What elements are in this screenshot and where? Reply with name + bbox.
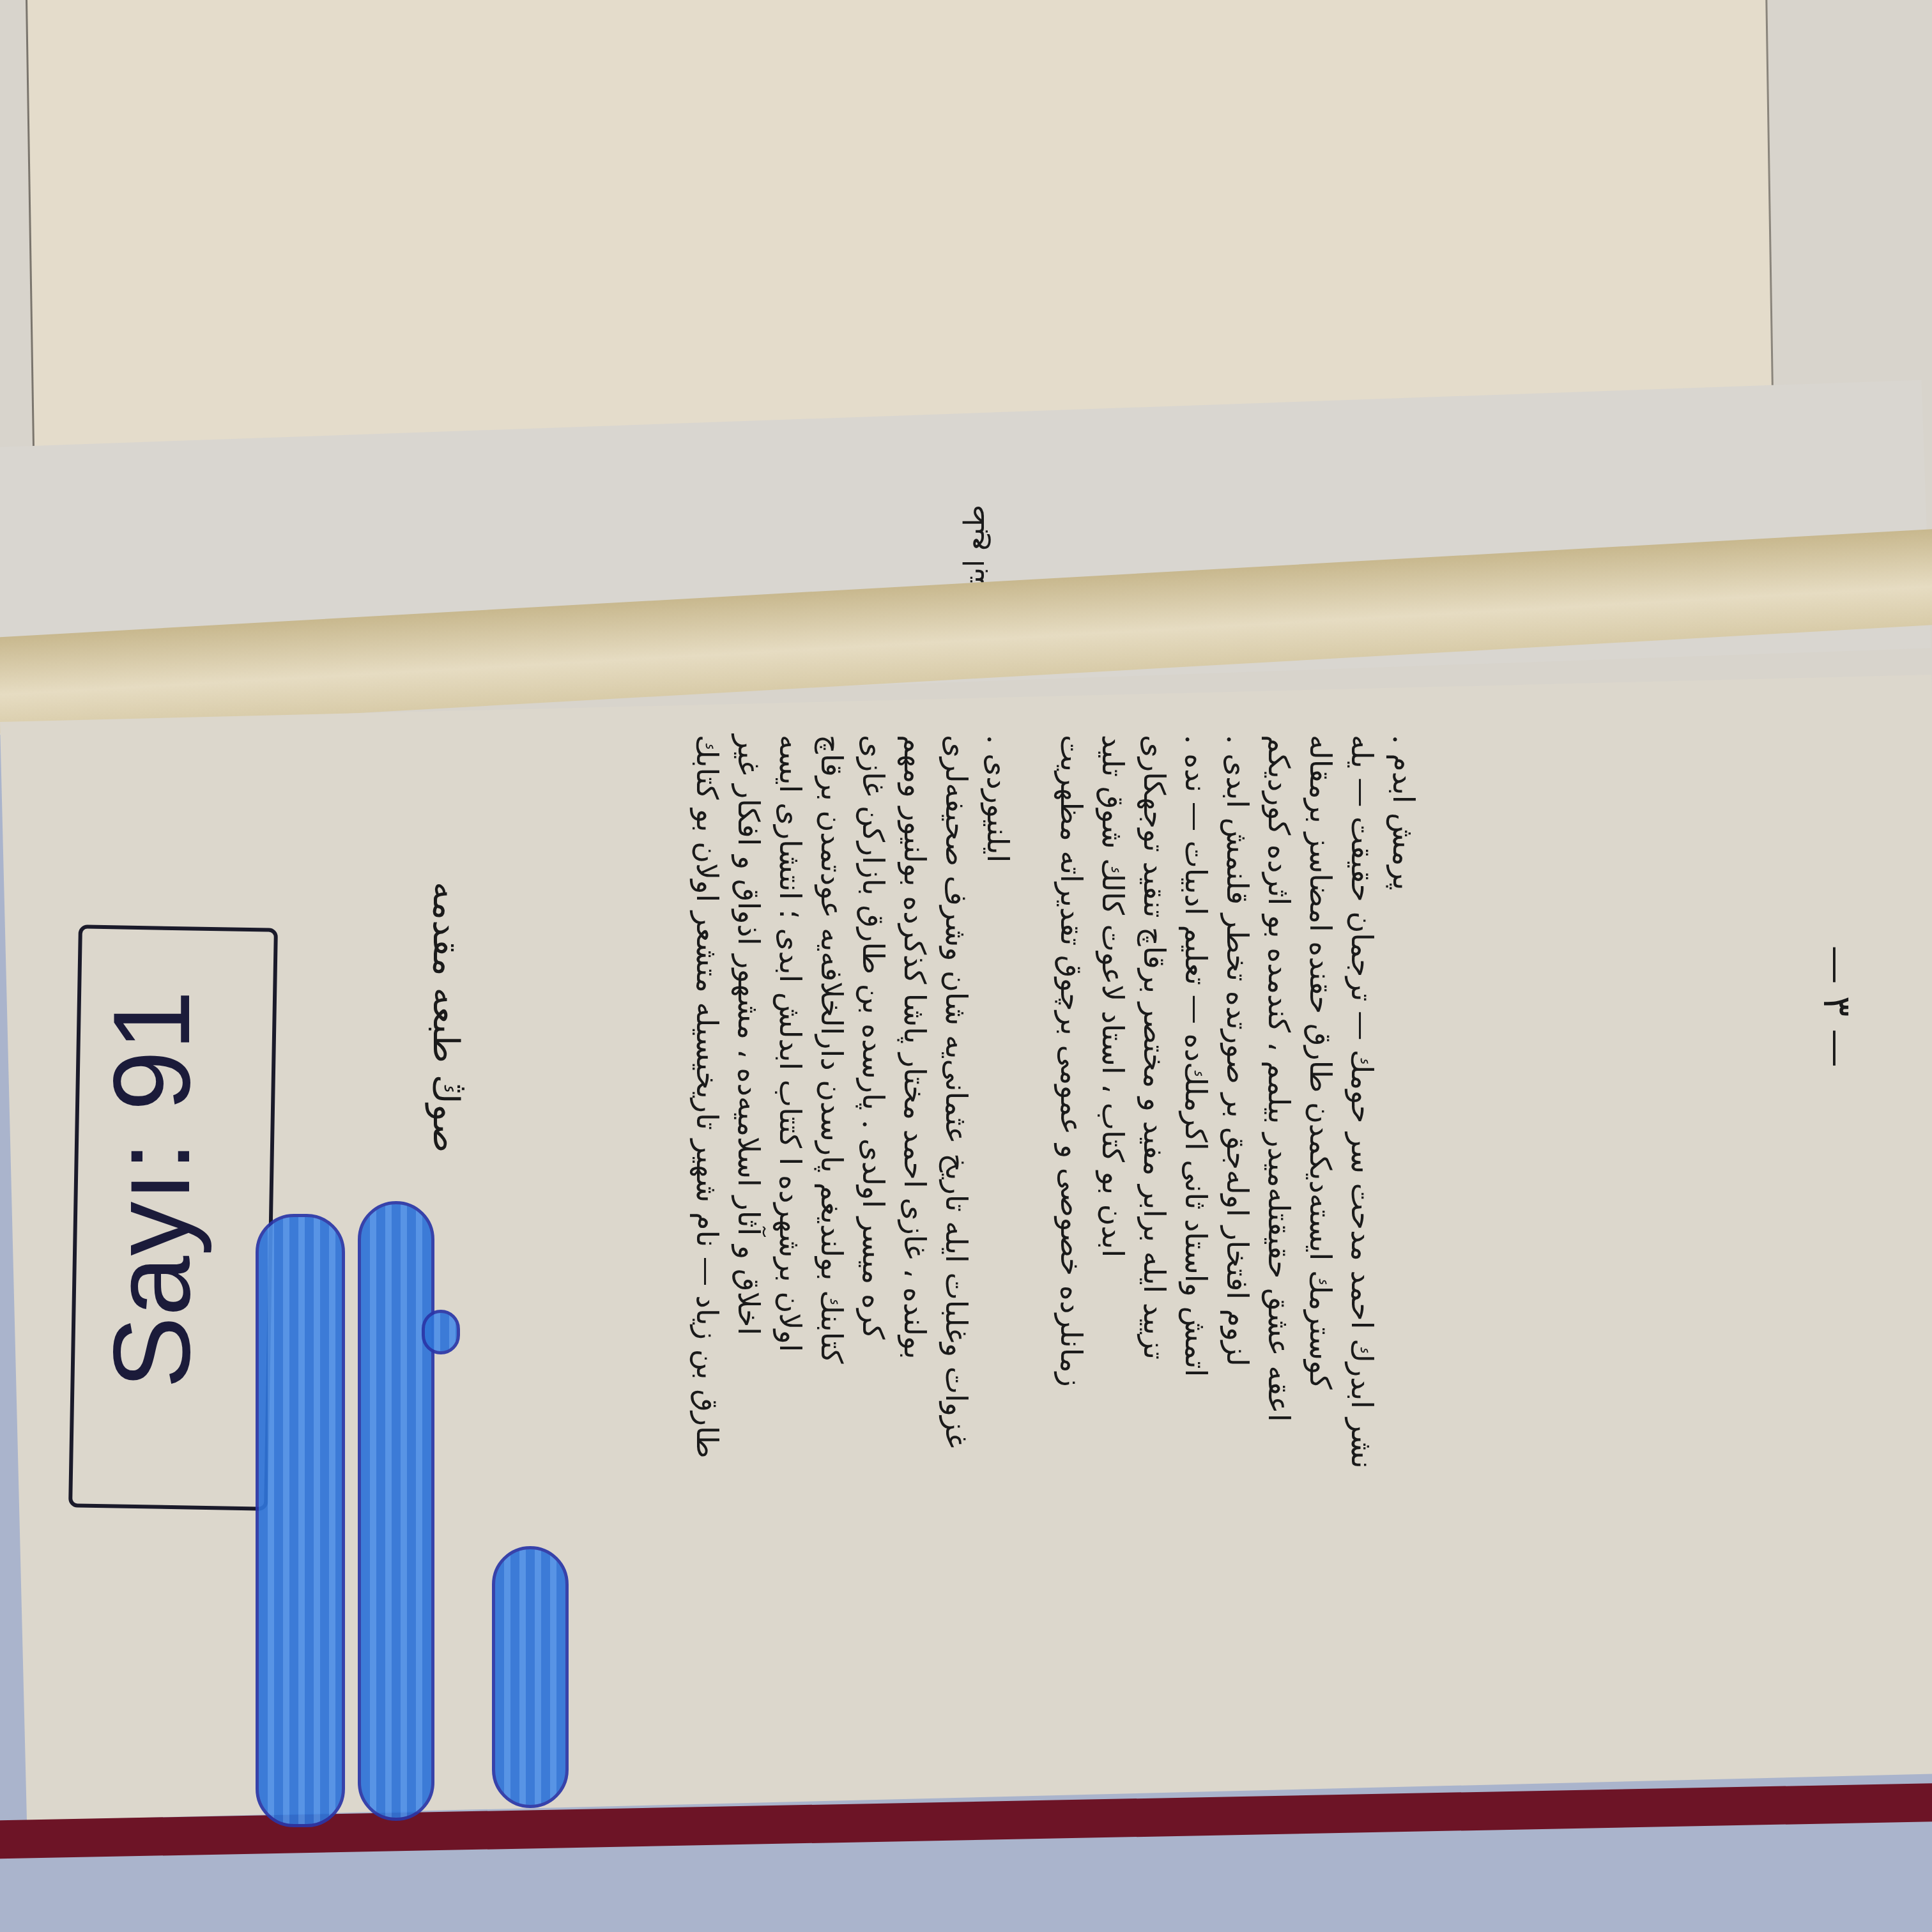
text-line: نشر ابدرك احمد مدحت سر حومك — ترجمان حقی… <box>1345 735 1379 1469</box>
text-line: اولان برشهرده ا کتتاب ابدلش ابدی ؛ انتشا… <box>773 735 808 1352</box>
text-line: طارق بن زیاد — نام شهیر تاریخیسیله متشعر… <box>690 735 724 1459</box>
page-number: — ٣ — <box>1814 946 1859 1067</box>
body-text: طارق بن زیاد — نام شهیر تاریخیسیله متشعر… <box>690 735 1776 1578</box>
text-line: کوسترمك ایسته‌دیکمدن طارق حقنده امضاسز ب… <box>1303 735 1338 1390</box>
text-line: کتابنك بولندیغم پارسدن دارالخلافه‌یه عود… <box>815 735 849 1364</box>
text-line: لزوم افتخار اوله‌جق بر صورتده تخطر قلنمش… <box>1220 735 1255 1367</box>
blue-scribble-4 <box>492 1546 569 1808</box>
text-line: کره میسر اولدی . پارسده بن طارق بازارکن … <box>856 735 891 1339</box>
text-line: اتمش واستاد ثانی اکرملك‌ده — تعلیم ادبیا… <box>1179 735 1213 1377</box>
blue-scribble-3 <box>422 1310 460 1354</box>
text-line: اخلاق و آثار اسلامیه‌ده ، مشهور اذواق و … <box>732 735 766 1335</box>
section-heading: صوڭ طبعه مقدمه <box>425 882 466 1153</box>
blue-scribble-1 <box>256 1214 345 1827</box>
text-line: ایلنیوردی . <box>981 735 1015 862</box>
text-line: پرمش ابدم . <box>1386 735 1421 891</box>
blue-scribble-2 <box>358 1201 434 1821</box>
handwritten-issue-number: Sayı: 91 <box>89 990 215 1389</box>
text-line: تزیید ایله برابر مفید و مختصر برقاچ تنقی… <box>1137 735 1172 1360</box>
text-line: بولنده ، غازی احمد مختار پاشا کذکرده بول… <box>898 735 932 1360</box>
text-line: ابدن بو کتاب ، استاد لاعوت کالك شوق تلید <box>1096 735 1130 1257</box>
text-line: اعقه عشق حقیقتله‌میدر بیلمم ، کندمده بو … <box>1262 735 1296 1422</box>
text-line: زمانلرده خصوصی و عمومی برچوق تقدیراته مظ… <box>1054 735 1089 1387</box>
text-line: غزوات وغلبات ایله تاریخ عثمانی‌یه شان وش… <box>939 735 974 1448</box>
